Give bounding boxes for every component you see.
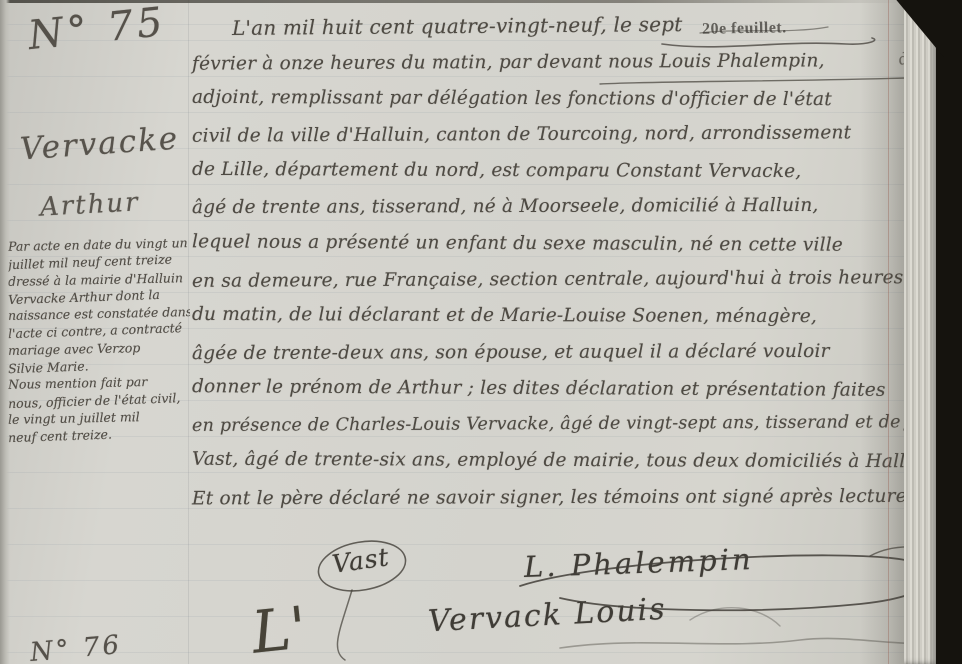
next-act-initial: L' bbox=[249, 593, 310, 664]
book-page-edges bbox=[904, 0, 938, 664]
act-text-line: L'an mil huit cent quatre-vingt-neuf, le… bbox=[232, 12, 683, 40]
act-text-line: donner le prénom de Arthur ; les dites d… bbox=[192, 376, 886, 401]
act-text-line: lequel nous a présenté un enfant du sexe… bbox=[192, 231, 843, 255]
act-text-line: civil de la ville d'Halluin, canton de T… bbox=[192, 122, 851, 146]
birth-act-body: L'an mil huit cent quatre-vingt-neuf, le… bbox=[0, 0, 962, 664]
dark-background-strip bbox=[936, 0, 962, 664]
act-text-line: âgée de trente-deux ans, son épouse, et … bbox=[192, 341, 830, 364]
act-text-line: âgé de trente ans, tisserand, né à Moors… bbox=[192, 195, 819, 218]
folio-number-stamp: 20e feuillet. bbox=[702, 19, 787, 38]
act-text-line: en sa demeure, rue Française, section ce… bbox=[192, 267, 904, 292]
act-text-line: en présence de Charles-Louis Vervacke, â… bbox=[192, 412, 951, 436]
act-text-line: février à onze heures du matin, par deva… bbox=[192, 50, 825, 74]
page-top-edge bbox=[0, 0, 905, 3]
act-text-line: du matin, de lui déclarant et de Marie-L… bbox=[192, 304, 817, 327]
margin-rule-line bbox=[188, 0, 189, 664]
page-crease-shadow bbox=[860, 0, 906, 664]
act-text-line: de Lille, département du nord, est compa… bbox=[192, 159, 801, 182]
page-left-edge bbox=[0, 0, 10, 664]
register-page-scan: N° 75 Vervacke Arthur Par acte en date d… bbox=[0, 0, 962, 664]
act-text-line: Vast, âgé de trente-six ans, employé de … bbox=[192, 449, 942, 473]
act-text-line: adjoint, remplissant par délégation les … bbox=[192, 87, 832, 110]
act-text-line: Et ont le père déclaré ne savoir signer,… bbox=[192, 486, 962, 510]
